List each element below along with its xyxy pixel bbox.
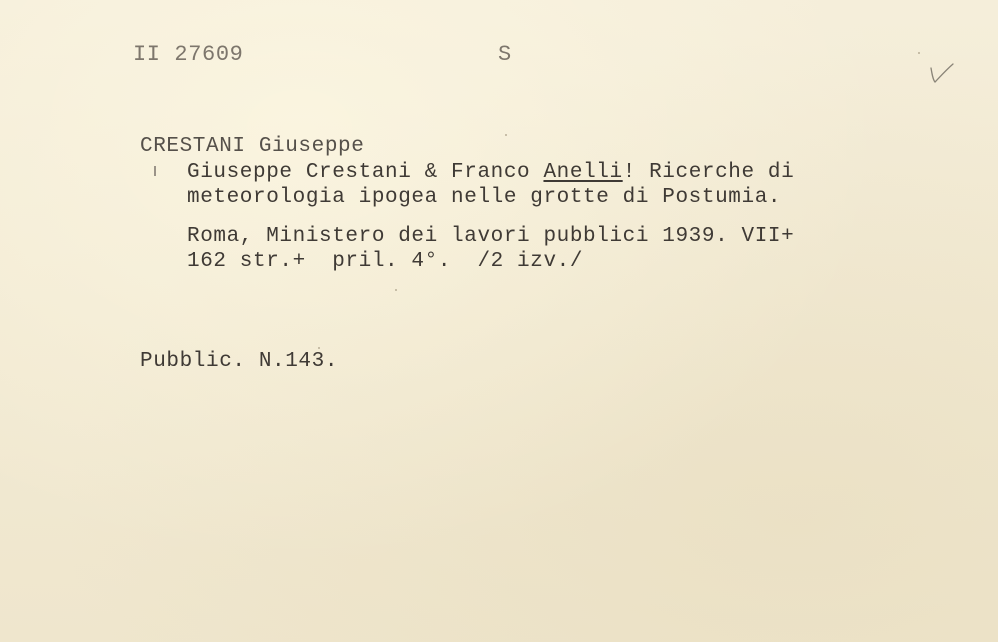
- checkmark-icon: [928, 62, 956, 86]
- author-heading: CRESTANI Giuseppe: [140, 135, 364, 159]
- call-number: II 27609: [133, 43, 243, 67]
- paper-speck: [395, 289, 397, 291]
- underlined-author: Anelli: [543, 161, 622, 184]
- paper-speck: [318, 347, 320, 349]
- imprint-line-2: 162 str.+ pril. 4°. /2 izv./: [187, 250, 583, 274]
- margin-mark: [154, 166, 156, 176]
- catalog-card: II 27609 S CRESTANI Giuseppe Giuseppe Cr…: [0, 0, 998, 642]
- title-start: ! Ricerche di: [623, 161, 795, 184]
- title-entry-line-2: meteorologia ipogea nelle grotte di Post…: [187, 186, 781, 210]
- series-note: Pubblic. N.143.: [140, 350, 338, 374]
- paper-speck: [505, 134, 507, 136]
- authors-text: Giuseppe Crestani & Franco: [187, 161, 543, 184]
- title-entry-line-1: Giuseppe Crestani & Franco Anelli! Ricer…: [187, 161, 794, 185]
- imprint-line-1: Roma, Ministero dei lavori pubblici 1939…: [187, 225, 794, 249]
- location-mark: S: [498, 43, 512, 67]
- paper-speck: [918, 52, 920, 54]
